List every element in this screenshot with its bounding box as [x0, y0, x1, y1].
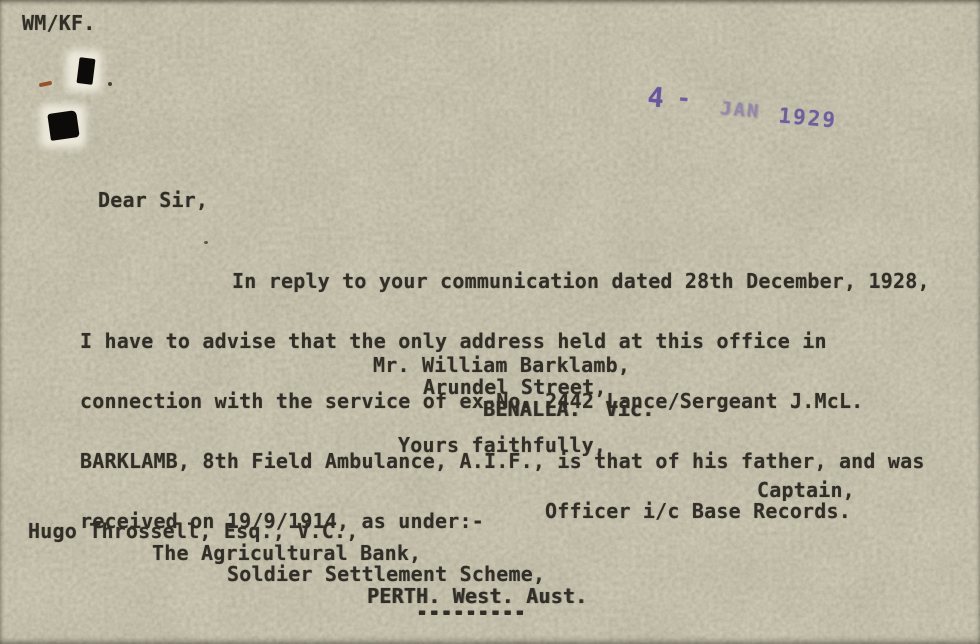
- ink-speck: [108, 82, 112, 86]
- stamp-day: 4: [646, 82, 665, 114]
- rust-fleck: [39, 81, 53, 88]
- stamp-month: JAN: [719, 97, 761, 122]
- recipient-line: Hugo Throssell, Esq., V.C.,: [28, 521, 359, 541]
- ink-blot: [76, 57, 95, 85]
- body-line: I have to advise that the only address h…: [80, 331, 950, 351]
- ink-blot: [47, 110, 79, 141]
- date-received-stamp: 4 - JAN 1929: [646, 82, 839, 129]
- inside-address-line: Arundel Street,: [423, 377, 607, 397]
- inside-address-line: BENALLA. Vic.: [483, 399, 654, 419]
- recipient-line: The Agricultural Bank,: [152, 543, 421, 563]
- typed-divider: ---------: [416, 601, 526, 621]
- inside-address-line: Mr. William Barklamb,: [373, 355, 630, 375]
- body-line: In reply to your communication dated 28t…: [80, 271, 950, 291]
- signature-rank: Captain,: [757, 480, 855, 500]
- signature-title: Officer i/c Base Records.: [545, 501, 851, 521]
- valediction: Yours faithfully,: [398, 435, 606, 455]
- reference-number: WM/KF.: [22, 13, 95, 33]
- recipient-line: Soldier Settlement Scheme,: [227, 564, 545, 584]
- stamp-year: 1929: [778, 103, 838, 132]
- salutation: Dear Sir,: [98, 190, 208, 210]
- stamp-separator: -: [675, 84, 692, 113]
- scanned-letter-document: WM/KF. 4 - JAN 1929 Dear Sir, In reply t…: [0, 0, 980, 644]
